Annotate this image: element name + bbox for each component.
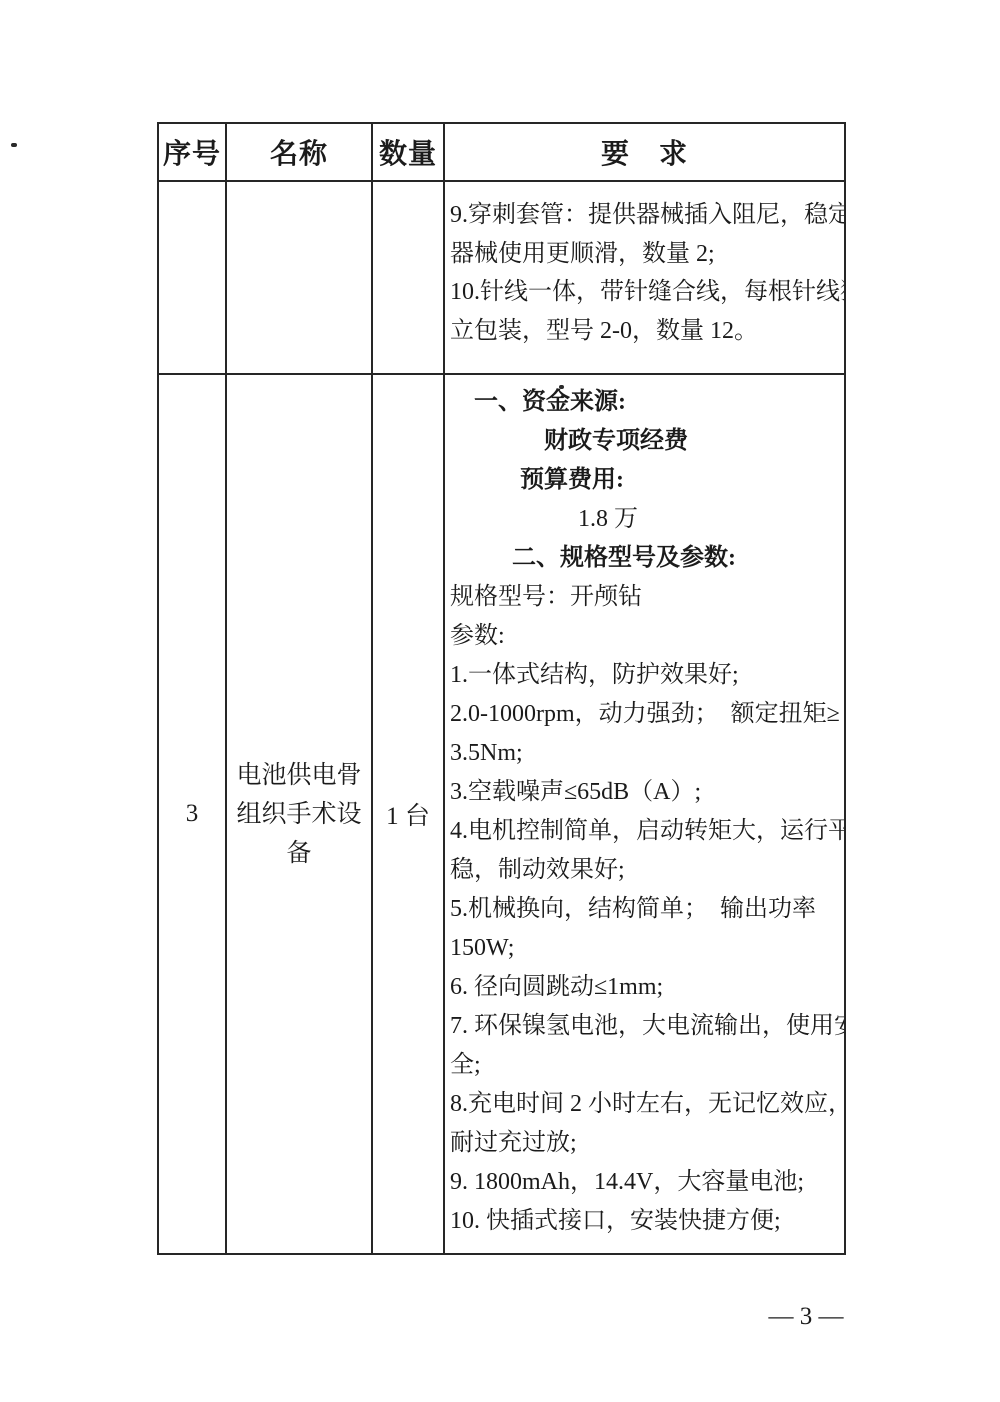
header-cell-name: 名称 [227, 124, 373, 182]
scan-artifact-dot [11, 143, 17, 147]
requirement-line: 9.穿刺套管：提供器械插入阻尼，稳定 [450, 196, 841, 235]
header-cell-qty: 数量 [373, 124, 445, 182]
row1-requirements-cell: 9.穿刺套管：提供器械插入阻尼，稳定 器械使用更顺滑，数量 2; 10.针线一体… [445, 182, 844, 375]
param-line: 9. 1800mAh，14.4V，大容量电池; [450, 1163, 841, 1202]
row2-seq-value: 3 [186, 800, 199, 828]
funding-source-heading: 一、资金来源: [450, 383, 841, 422]
budget-value: 1.8 万 [450, 500, 841, 539]
row2-name-value: 电池供电骨组织手术设备 [234, 756, 364, 873]
param-line: 稳，制动效果好; [450, 851, 841, 890]
param-line: 2.0-1000rpm，动力强劲； 额定扭矩≥ [450, 695, 841, 734]
param-line: 4.电机控制简单，启动转矩大，运行平 [450, 812, 841, 851]
param-line: 耐过充过放; [450, 1124, 841, 1163]
row2-name-cell: 电池供电骨组织手术设备 [227, 375, 373, 1253]
row1-qty-cell [373, 182, 445, 375]
param-line: 6. 径向圆跳动≤1mm; [450, 968, 841, 1007]
param-line: 150W; [450, 929, 841, 968]
requirements-table: 序号 名称 数量 要 求 9.穿刺套管：提供器械插入阻尼，稳定 器械使用更顺滑，… [157, 122, 846, 1255]
spec-section-heading: 二、规格型号及参数: [450, 539, 841, 578]
requirement-line: 器械使用更顺滑，数量 2; [450, 235, 841, 274]
params-label: 参数: [450, 617, 841, 656]
requirement-line: 立包装，型号 2-0，数量 12。 [450, 312, 841, 351]
param-line: 3.5Nm; [450, 734, 841, 773]
param-line: 7. 环保镍氢电池，大电流输出，使用安 [450, 1007, 841, 1046]
page-number: — 3 — [760, 1303, 852, 1331]
header-label-requirements: 要 求 [601, 132, 688, 172]
row2-qty-cell: 1 台 [373, 375, 445, 1253]
header-cell-requirements: 要 求 [445, 124, 844, 182]
header-label-seq: 序号 [163, 132, 221, 172]
param-line: 10. 快插式接口，安装快捷方便; [450, 1202, 841, 1241]
param-line: 1.一体式结构，防护效果好; [450, 656, 841, 695]
budget-label: 预算费用: [450, 461, 841, 500]
param-line: 5.机械换向，结构简单； 输出功率 [450, 890, 841, 929]
param-line: 全; [450, 1046, 841, 1085]
row2-seq-cell: 3 [159, 375, 227, 1253]
header-label-qty: 数量 [379, 132, 437, 172]
row1-name-cell [227, 182, 373, 375]
spec-model-line: 规格型号：开颅钻 [450, 578, 841, 617]
funding-source-value: 财政专项经费 [450, 422, 841, 461]
requirement-line: 10.针线一体，带针缝合线，每根针线独 [450, 273, 841, 312]
header-cell-seq: 序号 [159, 124, 227, 182]
row1-seq-cell [159, 182, 227, 375]
param-line: 8.充电时间 2 小时左右，无记忆效应， [450, 1085, 841, 1124]
row2-qty-value: 1 台 [386, 796, 430, 832]
header-label-name: 名称 [270, 132, 328, 172]
param-line: 3.空载噪声≤65dB（A）; [450, 773, 841, 812]
row2-requirements-cell: 一、资金来源: 财政专项经费 预算费用: 1.8 万 二、规格型号及参数: 规格… [445, 375, 844, 1253]
